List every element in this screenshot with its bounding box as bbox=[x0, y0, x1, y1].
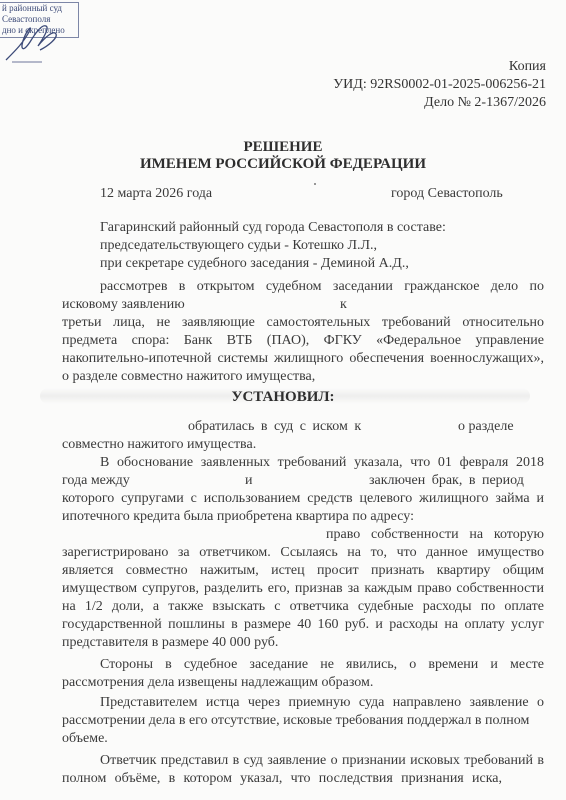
case-number: Дело № 2-1367/2026 bbox=[333, 94, 546, 112]
considering-line-1: рассмотрев в открытом судебном заседании… bbox=[100, 278, 544, 296]
body-p2-line-3: которого супругами с использованием сред… bbox=[62, 490, 544, 508]
document-page: й районный суд Севастополя дно и скрепле… bbox=[0, 0, 566, 800]
uid: УИД: 92RS0002-01-2025-006256-21 bbox=[333, 76, 546, 94]
body-p2-line-1: В обоснование заявленных требований указ… bbox=[100, 454, 544, 472]
body-p2-line-11: представителя в размере 40 000 руб. bbox=[62, 634, 278, 652]
presiding-judge: председательствующего судьи - Котешко Л.… bbox=[100, 237, 377, 255]
considering-line-4: предмета спора: Банк ВТБ (ПАО), ФГКУ «Фе… bbox=[62, 332, 544, 350]
decision-date: 12 марта 2026 года bbox=[100, 185, 212, 203]
considering-line-5: накопительно-ипотечной системы жилищного… bbox=[62, 350, 544, 368]
body-p4-line-2: рассмотрении дела в его отсутствие, иско… bbox=[62, 712, 529, 730]
signature-icon bbox=[2, 20, 62, 64]
body-p2-line-2b: и bbox=[245, 472, 253, 490]
body-p2-line-8: имуществом супругов, разделить его, приз… bbox=[62, 580, 544, 598]
body-p5-line-1: Ответчик представил в суд заявление о пр… bbox=[100, 752, 544, 770]
body-p2-line-2c: заключен брак, в период bbox=[369, 472, 524, 490]
body-p2-line-10: государственной пошлины в размере 40 160… bbox=[62, 616, 544, 634]
speck bbox=[314, 183, 316, 185]
body-p2-line-5: право собственности на которую bbox=[326, 526, 544, 544]
copy-label: Копия bbox=[333, 58, 546, 76]
court-composition: Гагаринский районный суд города Севастоп… bbox=[100, 219, 446, 237]
body-p4-line-3: объеме. bbox=[62, 730, 108, 748]
considering-line-2b: к bbox=[340, 296, 347, 314]
established-heading: УСТАНОВИЛ: bbox=[0, 389, 566, 406]
considering-line-2a: исковому заявлению bbox=[62, 296, 185, 314]
body-p4-line-1: Представителем истца через приемную суда… bbox=[100, 694, 544, 712]
body-p3-line-1: Стороны в судебное заседание не явились,… bbox=[100, 656, 544, 674]
body-p5-line-2: полном объёме, в котором указал, что пос… bbox=[62, 770, 502, 788]
document-meta: Копия УИД: 92RS0002-01-2025-006256-21 Де… bbox=[333, 58, 546, 112]
body-p1-line-2: совместно нажитого имущества. bbox=[62, 436, 256, 454]
court-secretary: при секретаре судебного заседания - Деми… bbox=[100, 255, 409, 273]
stamp-line-1: й районный суд bbox=[2, 3, 78, 14]
body-p2-line-4: ипотечного кредита была приобретена квар… bbox=[62, 508, 414, 526]
considering-line-6: о разделе совместно нажитого имущества, bbox=[62, 368, 315, 386]
body-p2-line-9: на 1/2 доли, а также взыскать с ответчик… bbox=[62, 598, 544, 616]
body-p2-line-7: является совместно нажитым, истец просит… bbox=[62, 562, 544, 580]
court-stamp: й районный суд Севастополя дно и скрепле… bbox=[0, 2, 80, 62]
considering-line-3: третьи лица, не заявляющие самостоятельн… bbox=[62, 314, 544, 332]
decision-title: РЕШЕНИЕ bbox=[0, 139, 566, 156]
body-p3-line-2: рассмотрения дела извещены надлежащим об… bbox=[62, 674, 373, 692]
decision-city: город Севастополь bbox=[391, 185, 503, 203]
body-p2-line-6: зарегистрировано за ответчиком. Ссылаясь… bbox=[62, 544, 544, 562]
body-p1-line-1a: обратилась в суд с иском к bbox=[188, 418, 361, 436]
body-p2-line-2a: года между bbox=[62, 472, 130, 490]
decision-subtitle: ИМЕНЕМ РОССИЙСКОЙ ФЕДЕРАЦИИ bbox=[0, 156, 566, 173]
body-p1-line-1b: о разделе bbox=[458, 418, 514, 436]
